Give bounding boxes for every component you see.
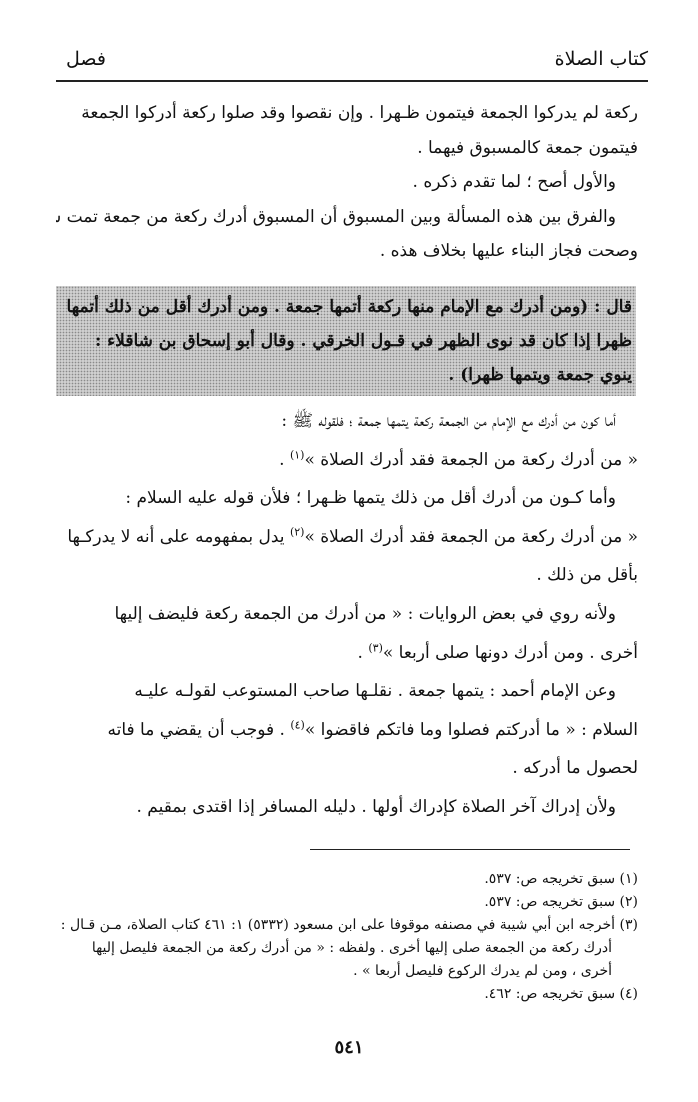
line-text: وأما كـون من أدرك أقل من ذلك يتمها ظـهرا… bbox=[125, 488, 616, 508]
footnote-3: (٣) أخرجه ابن أبي شيبة في مصنفه موقوفا ع… bbox=[56, 914, 638, 937]
footnote-4: (٤) سبق تخريجه ص: ٤٦٢. bbox=[56, 983, 638, 1006]
hadith-quote: « من أدرك ركعة من الجمعة فقد أدرك الصلاة… bbox=[304, 450, 638, 470]
line-tail: . bbox=[358, 643, 369, 663]
footnotes: (١) سبق تخريجه ص: ٥٣٧. (٢) سبق تخريجه ص:… bbox=[56, 868, 638, 1006]
matn-highlight-box: قال : (ومن أدرك مع الإمام منها ركعة أتمه… bbox=[56, 286, 636, 396]
text-line: لحصول ما أدركه . bbox=[56, 749, 638, 788]
text-line: ركعة لم يدركوا الجمعة فيتمون ظـهرا . وإن… bbox=[56, 96, 638, 131]
book-title: كتاب الصلاة bbox=[555, 48, 648, 70]
hadith-quote: « من أدرك ركعة من الجمعة فقد أدرك الصلاة… bbox=[304, 527, 638, 547]
line-tail: يدل بمفهومه على أنه لا يدركـها bbox=[67, 527, 290, 547]
line-text: بأقل من ذلك . bbox=[536, 565, 638, 585]
footnote-text: سبق تخريجه ص: ٥٣٧. bbox=[484, 871, 615, 887]
footnote-divider bbox=[310, 849, 630, 850]
footnote-ref-2[interactable]: (٢) bbox=[290, 525, 305, 538]
footnote-text: سبق تخريجه ص: ٥٣٧. bbox=[484, 894, 615, 910]
line-text: ولأنه روي في بعض الروايات : « من أدرك من… bbox=[114, 604, 616, 624]
book-page: كتاب الصلاة فصل ركعة لم يدركوا الجمعة في… bbox=[0, 0, 698, 1102]
section-title: فصل bbox=[66, 48, 106, 70]
line-tail: . فوجب أن يقضي ما فاته bbox=[108, 720, 291, 740]
text-line: السلام : « ما أدركتم فصلوا وما فاتكم فاق… bbox=[56, 711, 638, 750]
text-line: وصحت فجاز البناء عليها بخلاف هذه . bbox=[56, 234, 638, 269]
footnote-ref-4[interactable]: (٤) bbox=[290, 718, 305, 731]
footnote-text: سبق تخريجه ص: ٤٦٢. bbox=[484, 986, 615, 1002]
line-tail: . bbox=[279, 450, 290, 470]
text-line: والفرق بين هذه المسألة وبين المسبوق أن ا… bbox=[56, 200, 638, 235]
footnote-number: (١) bbox=[620, 871, 638, 887]
footnote-2: (٢) سبق تخريجه ص: ٥٣٧. bbox=[56, 891, 638, 914]
text-line: ولأنه روي في بعض الروايات : « من أدرك من… bbox=[56, 595, 638, 634]
line-text: وعن الإمام أحمد : يتمها جمعة . نقلـها صا… bbox=[134, 681, 616, 701]
footnote-number: (٢) bbox=[620, 894, 638, 910]
footnote-number: (٤) bbox=[620, 986, 638, 1002]
text-line: ولأن إدراك آخر الصلاة كإدراك أولها . دلي… bbox=[56, 788, 638, 827]
hadith-quote: السلام : « ما أدركتم فصلوا وما فاتكم فاق… bbox=[305, 720, 638, 740]
body-text-commentary: أما كون من أدرك مع الإمام من الجمعة ركعة… bbox=[56, 402, 638, 827]
running-header: كتاب الصلاة فصل bbox=[56, 40, 648, 80]
footnote-number: (٣) bbox=[620, 917, 638, 933]
text-line: أما كون من أدرك مع الإمام من الجمعة ركعة… bbox=[56, 402, 638, 441]
text-line: والأول أصح ؛ لما تقدم ذكره . bbox=[56, 165, 638, 200]
hadith-quote: أخرى . ومن أدرك دونها صلى أربعا » bbox=[383, 643, 638, 663]
footnote-text: أخرجه ابن أبي شيبة في مصنفه موقوفا على ا… bbox=[56, 917, 615, 933]
footnote-ref-1[interactable]: (١) bbox=[290, 448, 305, 461]
text-line: فيتمون جمعة كالمسبوق فيهما . bbox=[56, 131, 638, 166]
matn-line: قال : (ومن أدرك مع الإمام منها ركعة أتمه… bbox=[60, 290, 632, 324]
line-text: ولأن إدراك آخر الصلاة كإدراك أولها . دلي… bbox=[136, 797, 616, 817]
text-line: بأقل من ذلك . bbox=[56, 556, 638, 595]
line-text: أما كون من أدرك مع الإمام من الجمعة ركعة… bbox=[281, 411, 616, 431]
footnote-ref-3[interactable]: (٣) bbox=[368, 641, 383, 654]
matn-line: ينوي جمعة ويتمها ظهرا) . bbox=[60, 358, 632, 392]
text-line: « من أدرك ركعة من الجمعة فقد أدرك الصلاة… bbox=[56, 518, 638, 557]
footnote-1: (١) سبق تخريجه ص: ٥٣٧. bbox=[56, 868, 638, 891]
header-divider bbox=[56, 80, 648, 82]
footnote-3-cont: أخرى ، ومن لم يدرك الركوع فليصل أربعا » … bbox=[56, 960, 638, 983]
page-number: ٥٤١ bbox=[0, 1037, 698, 1058]
footnote-3-cont: أدرك ركعة من الجمعة صلى إليها أخرى . ولف… bbox=[56, 937, 638, 960]
body-text-top: ركعة لم يدركوا الجمعة فيتمون ظـهرا . وإن… bbox=[56, 96, 638, 269]
matn-line: ظهرا إذا كان قد نوى الظهر في قـول الخرقي… bbox=[60, 324, 632, 358]
text-line: وأما كـون من أدرك أقل من ذلك يتمها ظـهرا… bbox=[56, 479, 638, 518]
text-line: وعن الإمام أحمد : يتمها جمعة . نقلـها صا… bbox=[56, 672, 638, 711]
text-line: « من أدرك ركعة من الجمعة فقد أدرك الصلاة… bbox=[56, 441, 638, 480]
text-line: أخرى . ومن أدرك دونها صلى أربعا »(٣) . bbox=[56, 634, 638, 673]
line-text: لحصول ما أدركه . bbox=[512, 758, 638, 778]
